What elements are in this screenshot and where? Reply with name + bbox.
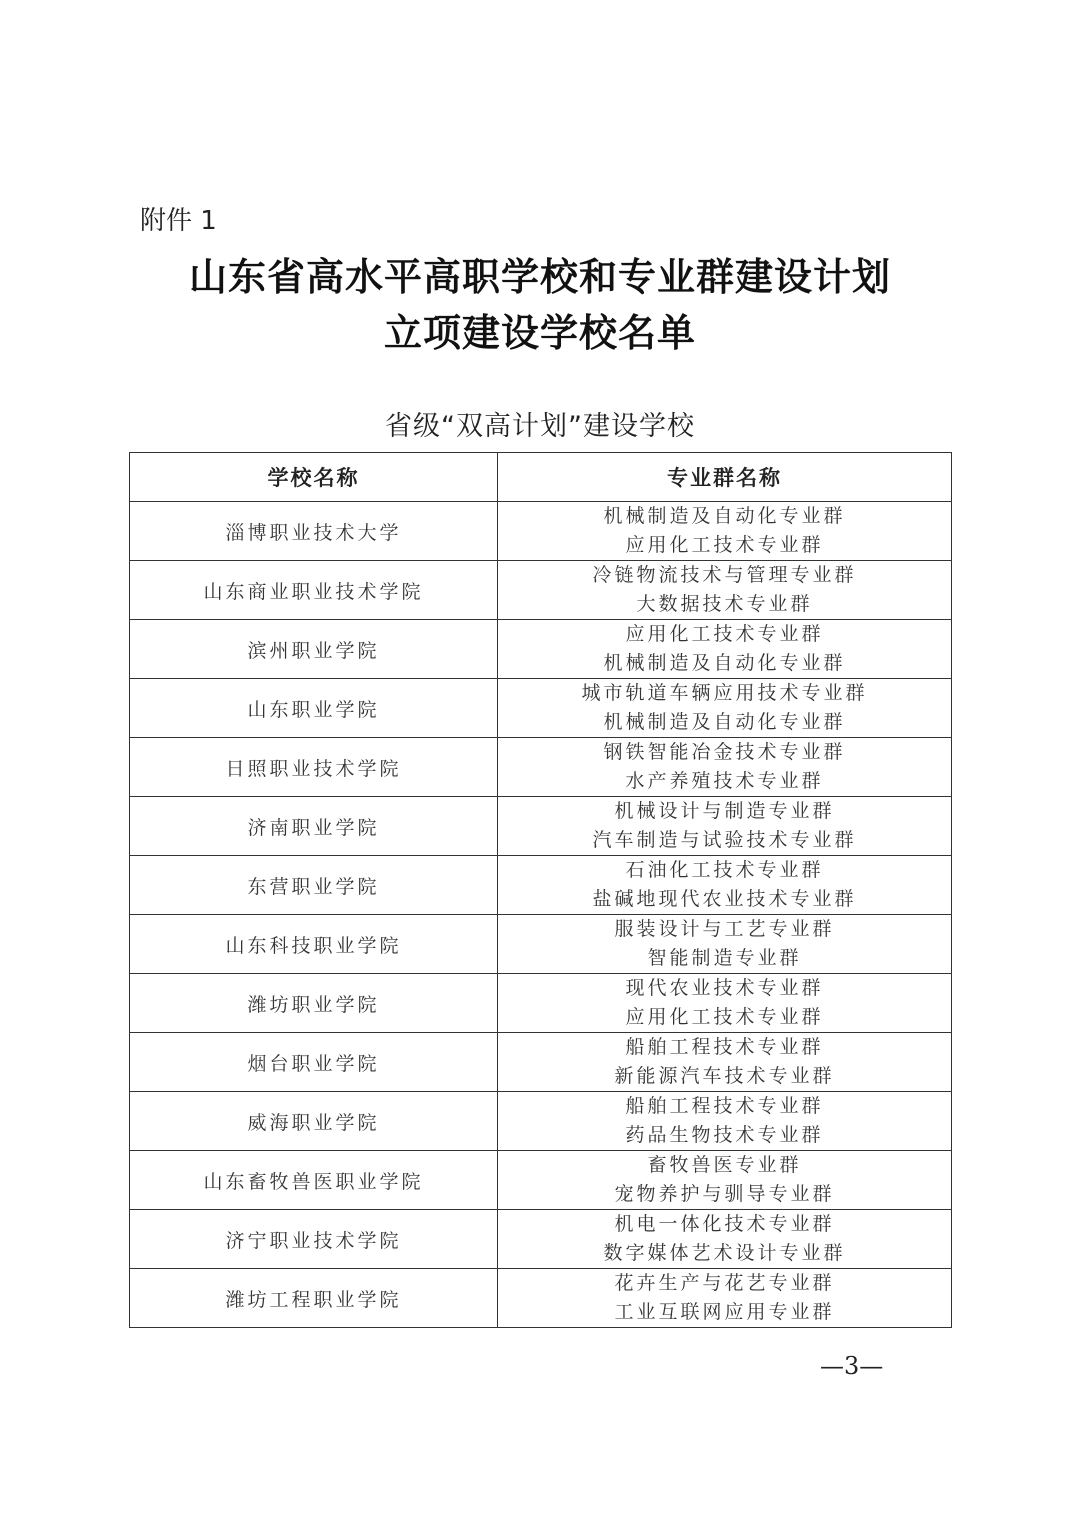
table-row: 潍坊职业学院现代农业技术专业群应用化工技术专业群 — [130, 974, 952, 1033]
school-name: 山东科技职业学院 — [130, 915, 498, 974]
group-name: 机械制造及自动化专业群 — [498, 649, 951, 678]
school-name: 日照职业技术学院 — [130, 738, 498, 797]
group-name: 城市轨道车辆应用技术专业群 — [498, 679, 951, 708]
group-name: 应用化工技术专业群 — [498, 1003, 951, 1032]
group-name: 机械设计与制造专业群 — [498, 797, 951, 826]
table-row: 山东畜牧兽医职业学院畜牧兽医专业群宠物养护与驯导专业群 — [130, 1151, 952, 1210]
group-cell: 畜牧兽医专业群宠物养护与驯导专业群 — [498, 1151, 952, 1210]
attachment-label: 附件 1 — [140, 200, 217, 237]
group-name: 石油化工技术专业群 — [498, 856, 951, 885]
group-name: 船舶工程技术专业群 — [498, 1033, 951, 1062]
school-name: 烟台职业学院 — [130, 1033, 498, 1092]
table-row: 日照职业技术学院钢铁智能冶金技术专业群水产养殖技术专业群 — [130, 738, 952, 797]
group-cell: 钢铁智能冶金技术专业群水产养殖技术专业群 — [498, 738, 952, 797]
school-name: 济宁职业技术学院 — [130, 1210, 498, 1269]
group-name: 新能源汽车技术专业群 — [498, 1062, 951, 1091]
page-number: —3— — [820, 1352, 883, 1380]
school-name: 山东畜牧兽医职业学院 — [130, 1151, 498, 1210]
group-cell: 机电一体化技术专业群数字媒体艺术设计专业群 — [498, 1210, 952, 1269]
document-title-line2: 立项建设学校名单 — [0, 302, 1080, 357]
school-name: 滨州职业学院 — [130, 620, 498, 679]
table-row: 威海职业学院船舶工程技术专业群药品生物技术专业群 — [130, 1092, 952, 1151]
group-cell: 现代农业技术专业群应用化工技术专业群 — [498, 974, 952, 1033]
group-cell: 石油化工技术专业群盐碱地现代农业技术专业群 — [498, 856, 952, 915]
table-row: 山东商业职业技术学院冷链物流技术与管理专业群大数据技术专业群 — [130, 561, 952, 620]
table-row: 潍坊工程职业学院花卉生产与花艺专业群工业互联网应用专业群 — [130, 1269, 952, 1328]
group-name: 工业互联网应用专业群 — [498, 1298, 951, 1327]
school-list-table: 学校名称 专业群名称 淄博职业技术大学机械制造及自动化专业群应用化工技术专业群 … — [129, 452, 952, 1328]
group-name: 花卉生产与花艺专业群 — [498, 1269, 951, 1298]
school-name: 济南职业学院 — [130, 797, 498, 856]
school-name: 潍坊工程职业学院 — [130, 1269, 498, 1328]
school-name: 东营职业学院 — [130, 856, 498, 915]
header-school-name: 学校名称 — [130, 453, 498, 502]
table-row: 淄博职业技术大学机械制造及自动化专业群应用化工技术专业群 — [130, 502, 952, 561]
group-name: 汽车制造与试验技术专业群 — [498, 826, 951, 855]
group-cell: 城市轨道车辆应用技术专业群机械制造及自动化专业群 — [498, 679, 952, 738]
school-name: 淄博职业技术大学 — [130, 502, 498, 561]
school-name: 潍坊职业学院 — [130, 974, 498, 1033]
group-cell: 应用化工技术专业群机械制造及自动化专业群 — [498, 620, 952, 679]
group-name: 服装设计与工艺专业群 — [498, 915, 951, 944]
group-cell: 花卉生产与花艺专业群工业互联网应用专业群 — [498, 1269, 952, 1328]
group-name: 机电一体化技术专业群 — [498, 1210, 951, 1239]
group-name: 应用化工技术专业群 — [498, 620, 951, 649]
document-title-line1: 山东省高水平高职学校和专业群建设计划 — [0, 246, 1080, 301]
group-cell: 船舶工程技术专业群新能源汽车技术专业群 — [498, 1033, 952, 1092]
school-name: 山东商业职业技术学院 — [130, 561, 498, 620]
table-row: 滨州职业学院应用化工技术专业群机械制造及自动化专业群 — [130, 620, 952, 679]
table-row: 山东职业学院城市轨道车辆应用技术专业群机械制造及自动化专业群 — [130, 679, 952, 738]
group-cell: 服装设计与工艺专业群智能制造专业群 — [498, 915, 952, 974]
group-name: 机械制造及自动化专业群 — [498, 502, 951, 531]
group-cell: 机械设计与制造专业群汽车制造与试验技术专业群 — [498, 797, 952, 856]
group-name: 盐碱地现代农业技术专业群 — [498, 885, 951, 914]
group-name: 机械制造及自动化专业群 — [498, 708, 951, 737]
table-row: 济南职业学院机械设计与制造专业群汽车制造与试验技术专业群 — [130, 797, 952, 856]
school-name: 山东职业学院 — [130, 679, 498, 738]
group-name: 畜牧兽医专业群 — [498, 1151, 951, 1180]
group-name: 数字媒体艺术设计专业群 — [498, 1239, 951, 1268]
group-name: 大数据技术专业群 — [498, 590, 951, 619]
group-name: 船舶工程技术专业群 — [498, 1092, 951, 1121]
group-name: 钢铁智能冶金技术专业群 — [498, 738, 951, 767]
group-cell: 冷链物流技术与管理专业群大数据技术专业群 — [498, 561, 952, 620]
group-name: 现代农业技术专业群 — [498, 974, 951, 1003]
group-cell: 船舶工程技术专业群药品生物技术专业群 — [498, 1092, 952, 1151]
table-header-row: 学校名称 专业群名称 — [130, 453, 952, 502]
table-row: 山东科技职业学院服装设计与工艺专业群智能制造专业群 — [130, 915, 952, 974]
table-row: 济宁职业技术学院机电一体化技术专业群数字媒体艺术设计专业群 — [130, 1210, 952, 1269]
group-name: 智能制造专业群 — [498, 944, 951, 973]
group-cell: 机械制造及自动化专业群应用化工技术专业群 — [498, 502, 952, 561]
group-name: 冷链物流技术与管理专业群 — [498, 561, 951, 590]
group-name: 药品生物技术专业群 — [498, 1121, 951, 1150]
group-name: 水产养殖技术专业群 — [498, 767, 951, 796]
group-name: 应用化工技术专业群 — [498, 531, 951, 560]
school-name: 威海职业学院 — [130, 1092, 498, 1151]
section-title: 省级“双高计划”建设学校 — [0, 404, 1080, 443]
group-name: 宠物养护与驯导专业群 — [498, 1180, 951, 1209]
table-row: 东营职业学院石油化工技术专业群盐碱地现代农业技术专业群 — [130, 856, 952, 915]
table-row: 烟台职业学院船舶工程技术专业群新能源汽车技术专业群 — [130, 1033, 952, 1092]
header-group-name: 专业群名称 — [498, 453, 952, 502]
